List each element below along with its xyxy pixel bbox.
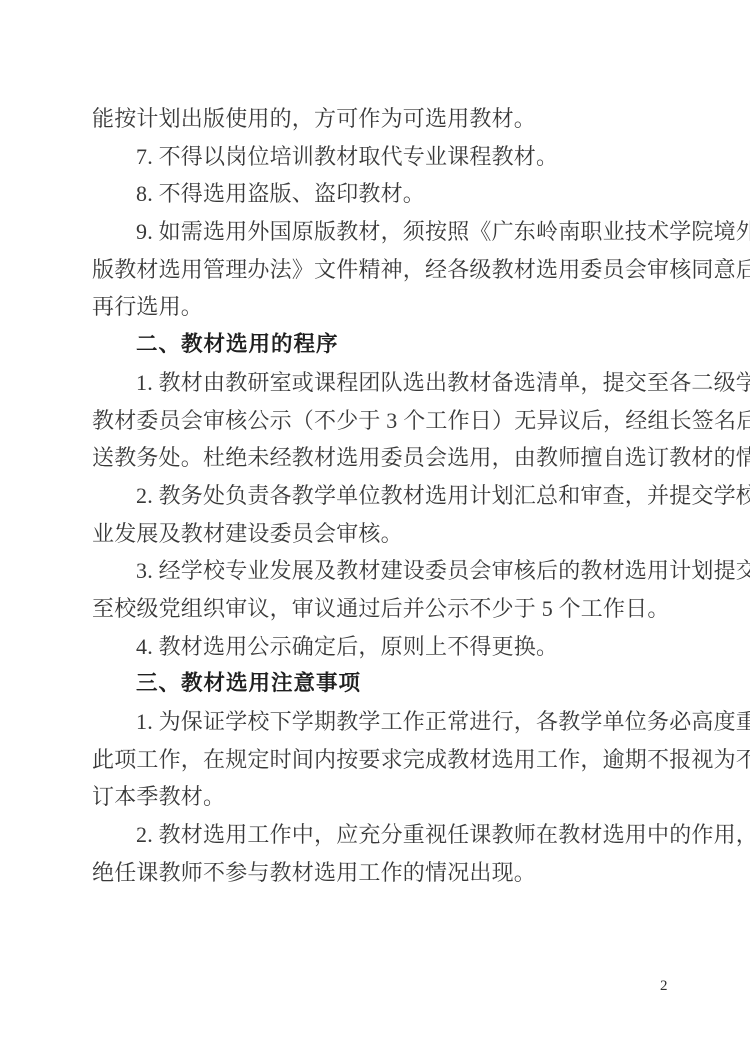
text-line: 教材委员会审核公示（不少于 3 个工作日）无异议后，经组长签名后报 xyxy=(92,402,693,440)
text-line: 2. 教务处负责各教学单位教材选用计划汇总和审查，并提交学校专 xyxy=(92,477,693,515)
text-line: 2. 教材选用工作中，应充分重视任课教师在教材选用中的作用，杜 xyxy=(92,816,693,854)
text-line: 4. 教材选用公示确定后，原则上不得更换。 xyxy=(92,628,693,666)
text-line: 7. 不得以岗位培训教材取代专业课程教材。 xyxy=(92,138,693,176)
text-line: 送教务处。杜绝未经教材选用委员会选用，由教师擅自选订教材的情况。 xyxy=(92,439,693,477)
text-line: 业发展及教材建设委员会审核。 xyxy=(92,515,693,553)
text-line: 1. 教材由教研室或课程团队选出教材备选清单，提交至各二级学院 xyxy=(92,364,693,402)
text-line: 至校级党组织审议，审议通过后并公示不少于 5 个工作日。 xyxy=(92,590,693,628)
text-line: 版教材选用管理办法》文件精神，经各级教材选用委员会审核同意后， xyxy=(92,251,693,289)
text-line: 3. 经学校专业发展及教材建设委员会审核后的教材选用计划提交 xyxy=(92,552,693,590)
text-line: 1. 为保证学校下学期教学工作正常进行，各教学单位务必高度重视 xyxy=(92,703,693,741)
page-number: 2 xyxy=(660,976,668,996)
text-line: 此项工作，在规定时间内按要求完成教材选用工作，逾期不报视为不征 xyxy=(92,741,693,779)
text-line: 9. 如需选用外国原版教材，须按照《广东岭南职业技术学院境外原 xyxy=(92,213,693,251)
text-line: 订本季教材。 xyxy=(92,778,693,816)
text-line: 再行选用。 xyxy=(92,288,693,326)
section-heading: 三、教材选用注意事项 xyxy=(92,665,693,703)
text-line: 绝任课教师不参与教材选用工作的情况出现。 xyxy=(92,854,693,892)
document-page: 能按计划出版使用的，方可作为可选用教材。7. 不得以岗位培训教材取代专业课程教材… xyxy=(0,0,750,1061)
text-line: 能按计划出版使用的，方可作为可选用教材。 xyxy=(92,100,693,138)
text-line: 8. 不得选用盗版、盗印教材。 xyxy=(92,175,693,213)
section-heading: 二、教材选用的程序 xyxy=(92,326,693,364)
document-body: 能按计划出版使用的，方可作为可选用教材。7. 不得以岗位培训教材取代专业课程教材… xyxy=(92,100,693,891)
